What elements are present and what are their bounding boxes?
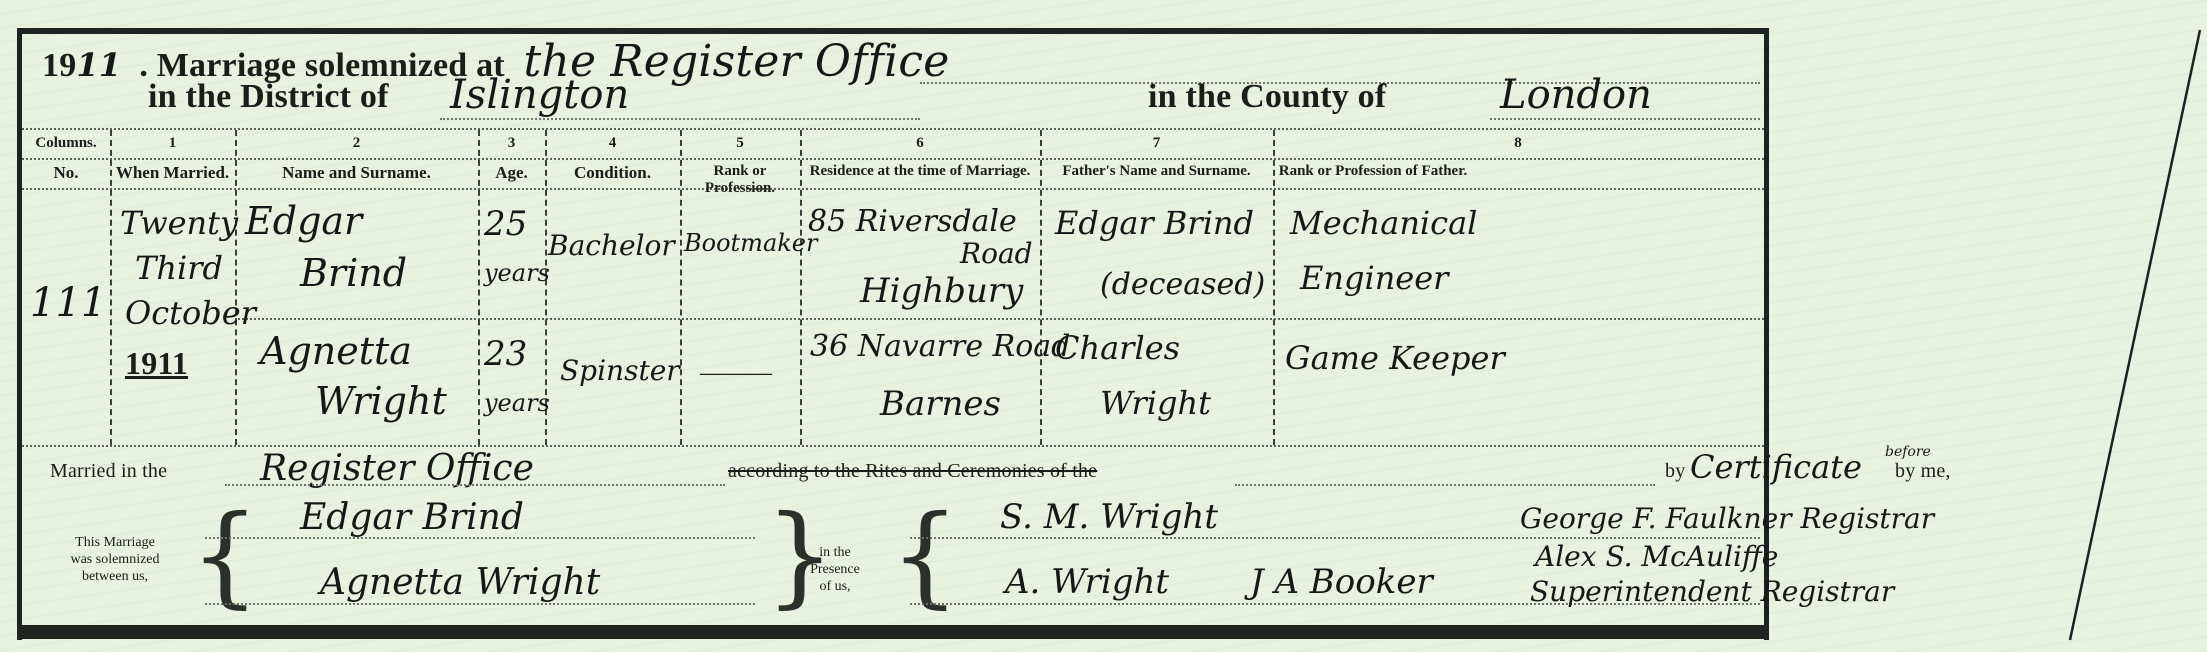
before-correction: before [1885,444,1931,460]
column-number-8: 8 [1273,135,1763,152]
entry-number: 111 [30,280,106,326]
groom-condition: Bachelor [548,230,675,262]
groom-father-status: (deceased) [1100,268,1265,303]
groom-father-profession-line2: Engineer [1300,260,1448,297]
by-me-label: by me, [1895,460,1951,483]
bride-signature: Agnetta Wright [320,562,600,603]
column-number-7: 7 [1040,135,1273,152]
rites-line [1235,484,1655,486]
solemnized-label-line2: was solemnized [40,552,190,569]
bride-residence-line3: Barnes [880,385,1001,424]
bride-residence-line1: 36 Navarre Road [810,330,1070,365]
presence-label-line1: in the [800,545,870,562]
header-rank-profession: Rank or Profession. [680,163,800,197]
header-when-married: When Married. [110,163,235,183]
witness-1-signature: S. M. Wright [1000,497,1218,537]
presence-label: in the Presence of us, [800,545,870,595]
columns-label: Columns. [22,135,110,152]
column-number-6: 6 [800,135,1040,152]
by-label: by [1665,460,1685,483]
groom-residence-line3: Highbury [860,272,1023,311]
bride-age-unit: years [484,390,550,418]
groom-signature: Edgar Brind [300,497,524,538]
bride-first-name: Agnetta [260,330,412,374]
column-number-3: 3 [478,135,545,152]
superintendent-title: Superintendent Registrar [1530,575,1894,608]
groom-profession: Bootmaker [684,230,817,258]
married-in-venue: Register Office [260,448,534,489]
groom-age: 25 [484,205,527,244]
groom-father-profession-line1: Mechanical [1290,205,1477,242]
left-brace: { [190,500,260,610]
when-married-line1: Twenty [120,205,238,242]
table-bottom-line [22,445,1764,447]
presence-label-line2: Presence [800,562,870,579]
bride-signature-line [205,603,755,605]
groom-surname: Brind [300,252,407,296]
bride-father-first-name: Charles [1055,330,1180,367]
bride-condition: Spinster [560,355,680,387]
year-prefix: 19 [42,47,76,84]
witness-2-signature: A. Wright [1005,562,1169,602]
when-married-line2: Third [135,250,223,287]
bride-age: 23 [484,335,527,374]
witness-line-1 [910,537,1760,539]
witness-brace: { [890,500,960,610]
bride-father-profession: Game Keeper [1285,340,1505,377]
bride-profession: ——— [700,360,772,388]
year-suffix: 11 [76,46,121,84]
solemnized-label-line3: between us, [40,569,190,586]
groom-age-unit: years [484,260,550,288]
groom-residence-line1: 85 Riversdale [808,205,1017,240]
when-married-line3: October [125,295,256,332]
table-top-line [22,128,1764,130]
county-label: in the County of [1148,78,1386,116]
county-dotted-line [1490,118,1760,120]
header-age: Age. [478,163,545,183]
header-father-profession: Rank or Profession of Father. [1273,163,1473,180]
venue-line [225,484,725,486]
district-label: in the District of [148,78,389,116]
rites-label: according to the Rites and Ceremonies of… [728,460,1097,483]
header-no: No. [22,163,110,183]
married-in-label: Married in the [50,460,167,483]
column-number-5: 5 [680,135,800,152]
column-number-1: 1 [110,135,235,152]
header-residence: Residence at the time of Marriage. [800,163,1040,180]
header-bottom-line [22,188,1764,190]
header-father-name: Father's Name and Surname. [1040,163,1273,180]
witness-3-signature: J A Booker [1250,562,1433,602]
superintendent-signature: Alex S. McAuliffe [1535,540,1778,573]
column-number-4: 4 [545,135,680,152]
district-handwritten: Islington [450,72,629,118]
by-certificate: Certificate [1690,448,1862,486]
column-number-2: 2 [235,135,478,152]
header-divider-line [22,158,1764,160]
bottom-border-rule [17,625,1769,639]
registrar-signature: George F. Faulkner Registrar [1520,502,1934,535]
bride-surname: Wright [315,380,447,424]
groom-residence-line2: Road [960,238,1033,270]
presence-label-line3: of us, [800,579,870,596]
when-married-year: 1911 [125,345,188,382]
groom-first-name: Edgar [245,200,362,244]
solemnized-between-label: This Marriage was solemnized between us, [40,535,190,585]
row-divider-line [235,318,1764,320]
district-dotted-line [440,118,920,120]
solemnized-label-line1: This Marriage [40,535,190,552]
groom-father-name: Edgar Brind [1055,205,1254,242]
header-condition: Condition. [545,163,680,183]
county-handwritten: London [1500,72,1652,118]
bride-father-surname: Wright [1100,385,1211,422]
header-name-surname: Name and Surname. [235,163,478,183]
